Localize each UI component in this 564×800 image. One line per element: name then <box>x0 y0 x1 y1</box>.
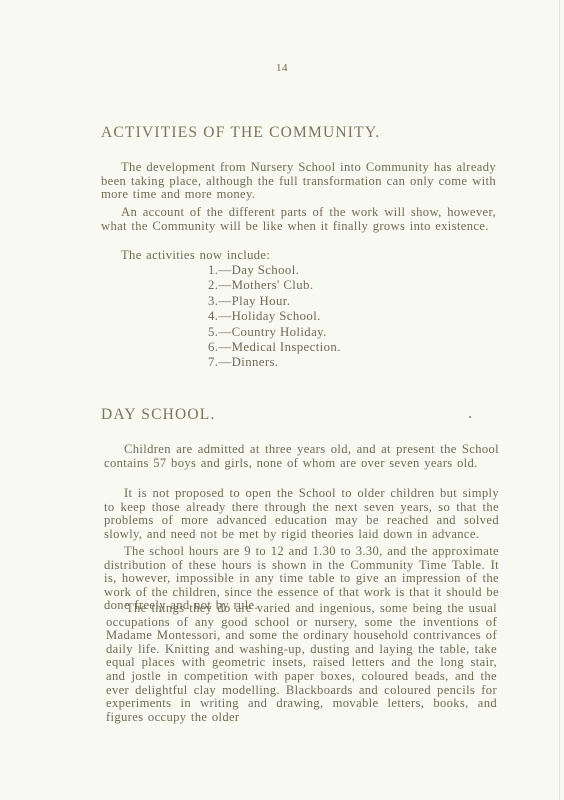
list-item: 2.—Mothers' Club. <box>208 278 341 293</box>
print-speck <box>469 416 471 418</box>
list-item: 1.—Day School. <box>208 263 341 278</box>
list-item: 7.—Dinners. <box>208 355 341 370</box>
paragraph-intro-list: The activities now include: <box>101 249 496 263</box>
page-edge-line <box>559 0 560 800</box>
activities-list: 1.—Day School. 2.—Mothers' Club. 3.—Play… <box>208 263 341 371</box>
paragraph: The development from Nursery School into… <box>101 161 496 202</box>
list-item: 6.—Medical Inspection. <box>208 340 341 355</box>
paragraph: Children are admitted at three years old… <box>104 443 499 470</box>
section-heading-day-school: DAY SCHOOL. <box>101 406 216 424</box>
list-item: 3.—Play Hour. <box>208 294 341 309</box>
paragraph: An account of the different parts of the… <box>101 206 496 233</box>
page-number: 14 <box>0 62 564 74</box>
list-item: 4.—Holiday School. <box>208 309 341 324</box>
section-heading-activities: ACTIVITIES OF THE COMMUNITY. <box>101 124 380 142</box>
paragraph: The things they do are varied and ingeni… <box>106 602 497 724</box>
list-item: 5.—Country Holiday. <box>208 325 341 340</box>
paragraph: It is not proposed to open the School to… <box>104 487 499 541</box>
